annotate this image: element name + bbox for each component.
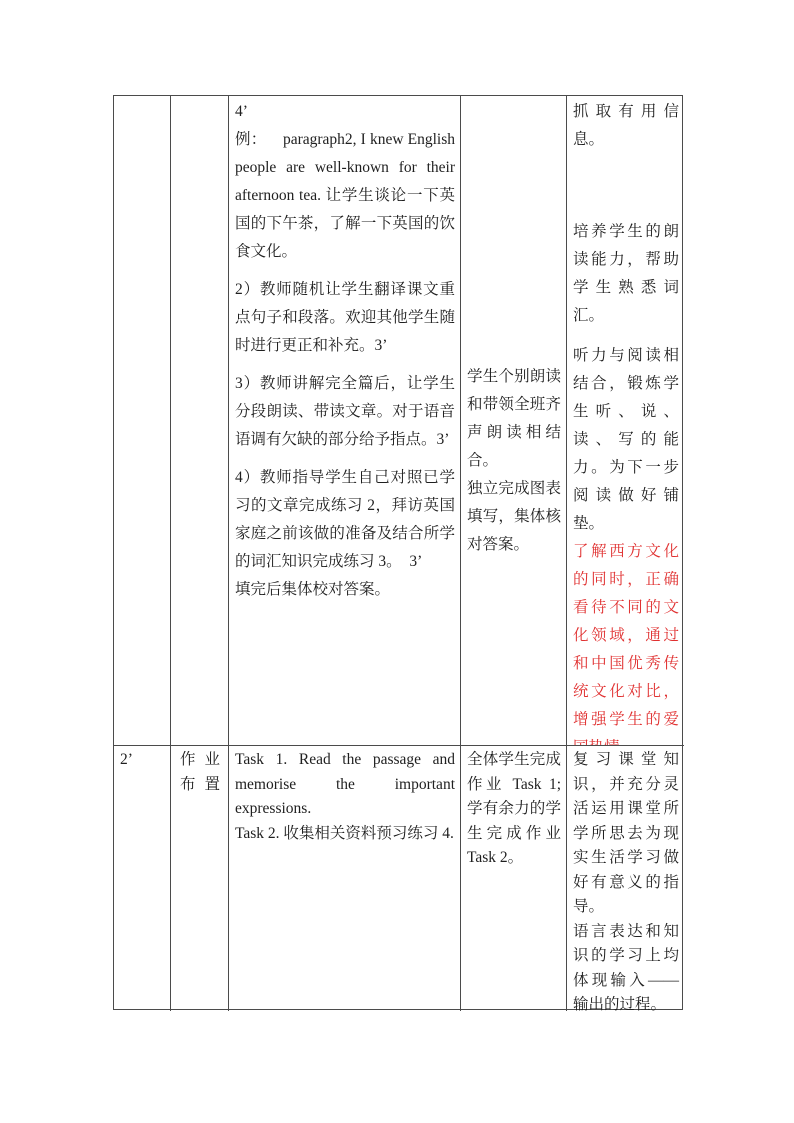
intent-info-extraction: 抓取有用信息。	[573, 98, 679, 154]
step-3-paragraph: 3）教师讲解完全篇后，让学生分段朗读、带读文章。对于语音语调有欠缺的部分给予指点…	[235, 370, 455, 454]
homework-task2: Task 2. 收集相关资料预习练习 4.	[235, 822, 455, 847]
homework-task1: Task 1. Read the passage and memorise th…	[235, 748, 455, 822]
lesson-plan-table: 4’ 例： paragraph2, I knew English people …	[113, 95, 683, 1010]
row2-time-cell: 2’	[114, 746, 171, 1011]
row2-stage-cell: 作业 布置	[171, 746, 229, 1011]
intent-reading-ability: 培养学生的朗读能力，帮助学生熟悉词汇。	[573, 218, 679, 330]
step-4-paragraph: 4）教师指导学生自己对照已学习的文章完成练习 2，拜访英国家庭之前该做的准备及结…	[235, 464, 455, 576]
intent-input-output: 语言表达和知识的学习上均体现输入——输出的过程。	[573, 920, 679, 1012]
row1-design-intent-cell: 抓取有用信息。 培养学生的朗读能力，帮助学生熟悉词汇。 听力与阅读相结合，锻炼学…	[567, 96, 684, 746]
row1-time-cell	[114, 96, 171, 746]
student-activity-reading: 学生个别朗读和带领全班齐声朗读相结合。	[467, 363, 561, 475]
check-answers-line: 填完后集体校对答案。	[235, 576, 455, 604]
student-activity-chart: 独立完成图表填写，集体核对答案。	[467, 475, 561, 559]
row2-design-intent-cell: 复习课堂知识，并充分灵活运用课堂所学所思去为现实生活学习做好有意义的指导。 语言…	[567, 746, 684, 1011]
stage-label-line1: 作业	[177, 748, 223, 773]
row1-teaching-process-cell: 4’ 例： paragraph2, I knew English people …	[229, 96, 461, 746]
row1-student-activity-cell: 学生个别朗读和带领全班齐声朗读相结合。 独立完成图表填写，集体核对答案。	[461, 96, 567, 746]
step-2-paragraph: 2）教师随机让学生翻译课文重点句子和段落。欢迎其他学生随时进行更正和补充。3’	[235, 276, 455, 360]
row2-homework-cell: Task 1. Read the passage and memorise th…	[229, 746, 461, 1011]
intent-review-knowledge: 复习课堂知识，并充分灵活运用课堂所学所思去为现实生活学习做好有意义的指导。	[573, 748, 679, 920]
row1-stage-cell	[171, 96, 229, 746]
example-paragraph: 例： paragraph2, I knew English people are…	[235, 126, 455, 266]
homework-duration-label: 2’	[120, 748, 165, 773]
duration-label: 4’	[235, 98, 455, 126]
intent-listening-reading: 听力与阅读相结合，锻炼学生听、说、读、写的能力。为下一步阅读做好铺垫。	[573, 342, 679, 538]
intent-culture-patriotism: 了解西方文化的同时，正确看待不同的文化领域，通过和中国优秀传统文化对比，增强学生…	[573, 538, 679, 746]
homework-student-activity: 全体学生完成作业 Task 1;学有余力的学生完成作业 Task 2。	[467, 748, 561, 871]
stage-label-line2: 布置	[177, 773, 223, 798]
row2-student-activity-cell: 全体学生完成作业 Task 1;学有余力的学生完成作业 Task 2。	[461, 746, 567, 1011]
